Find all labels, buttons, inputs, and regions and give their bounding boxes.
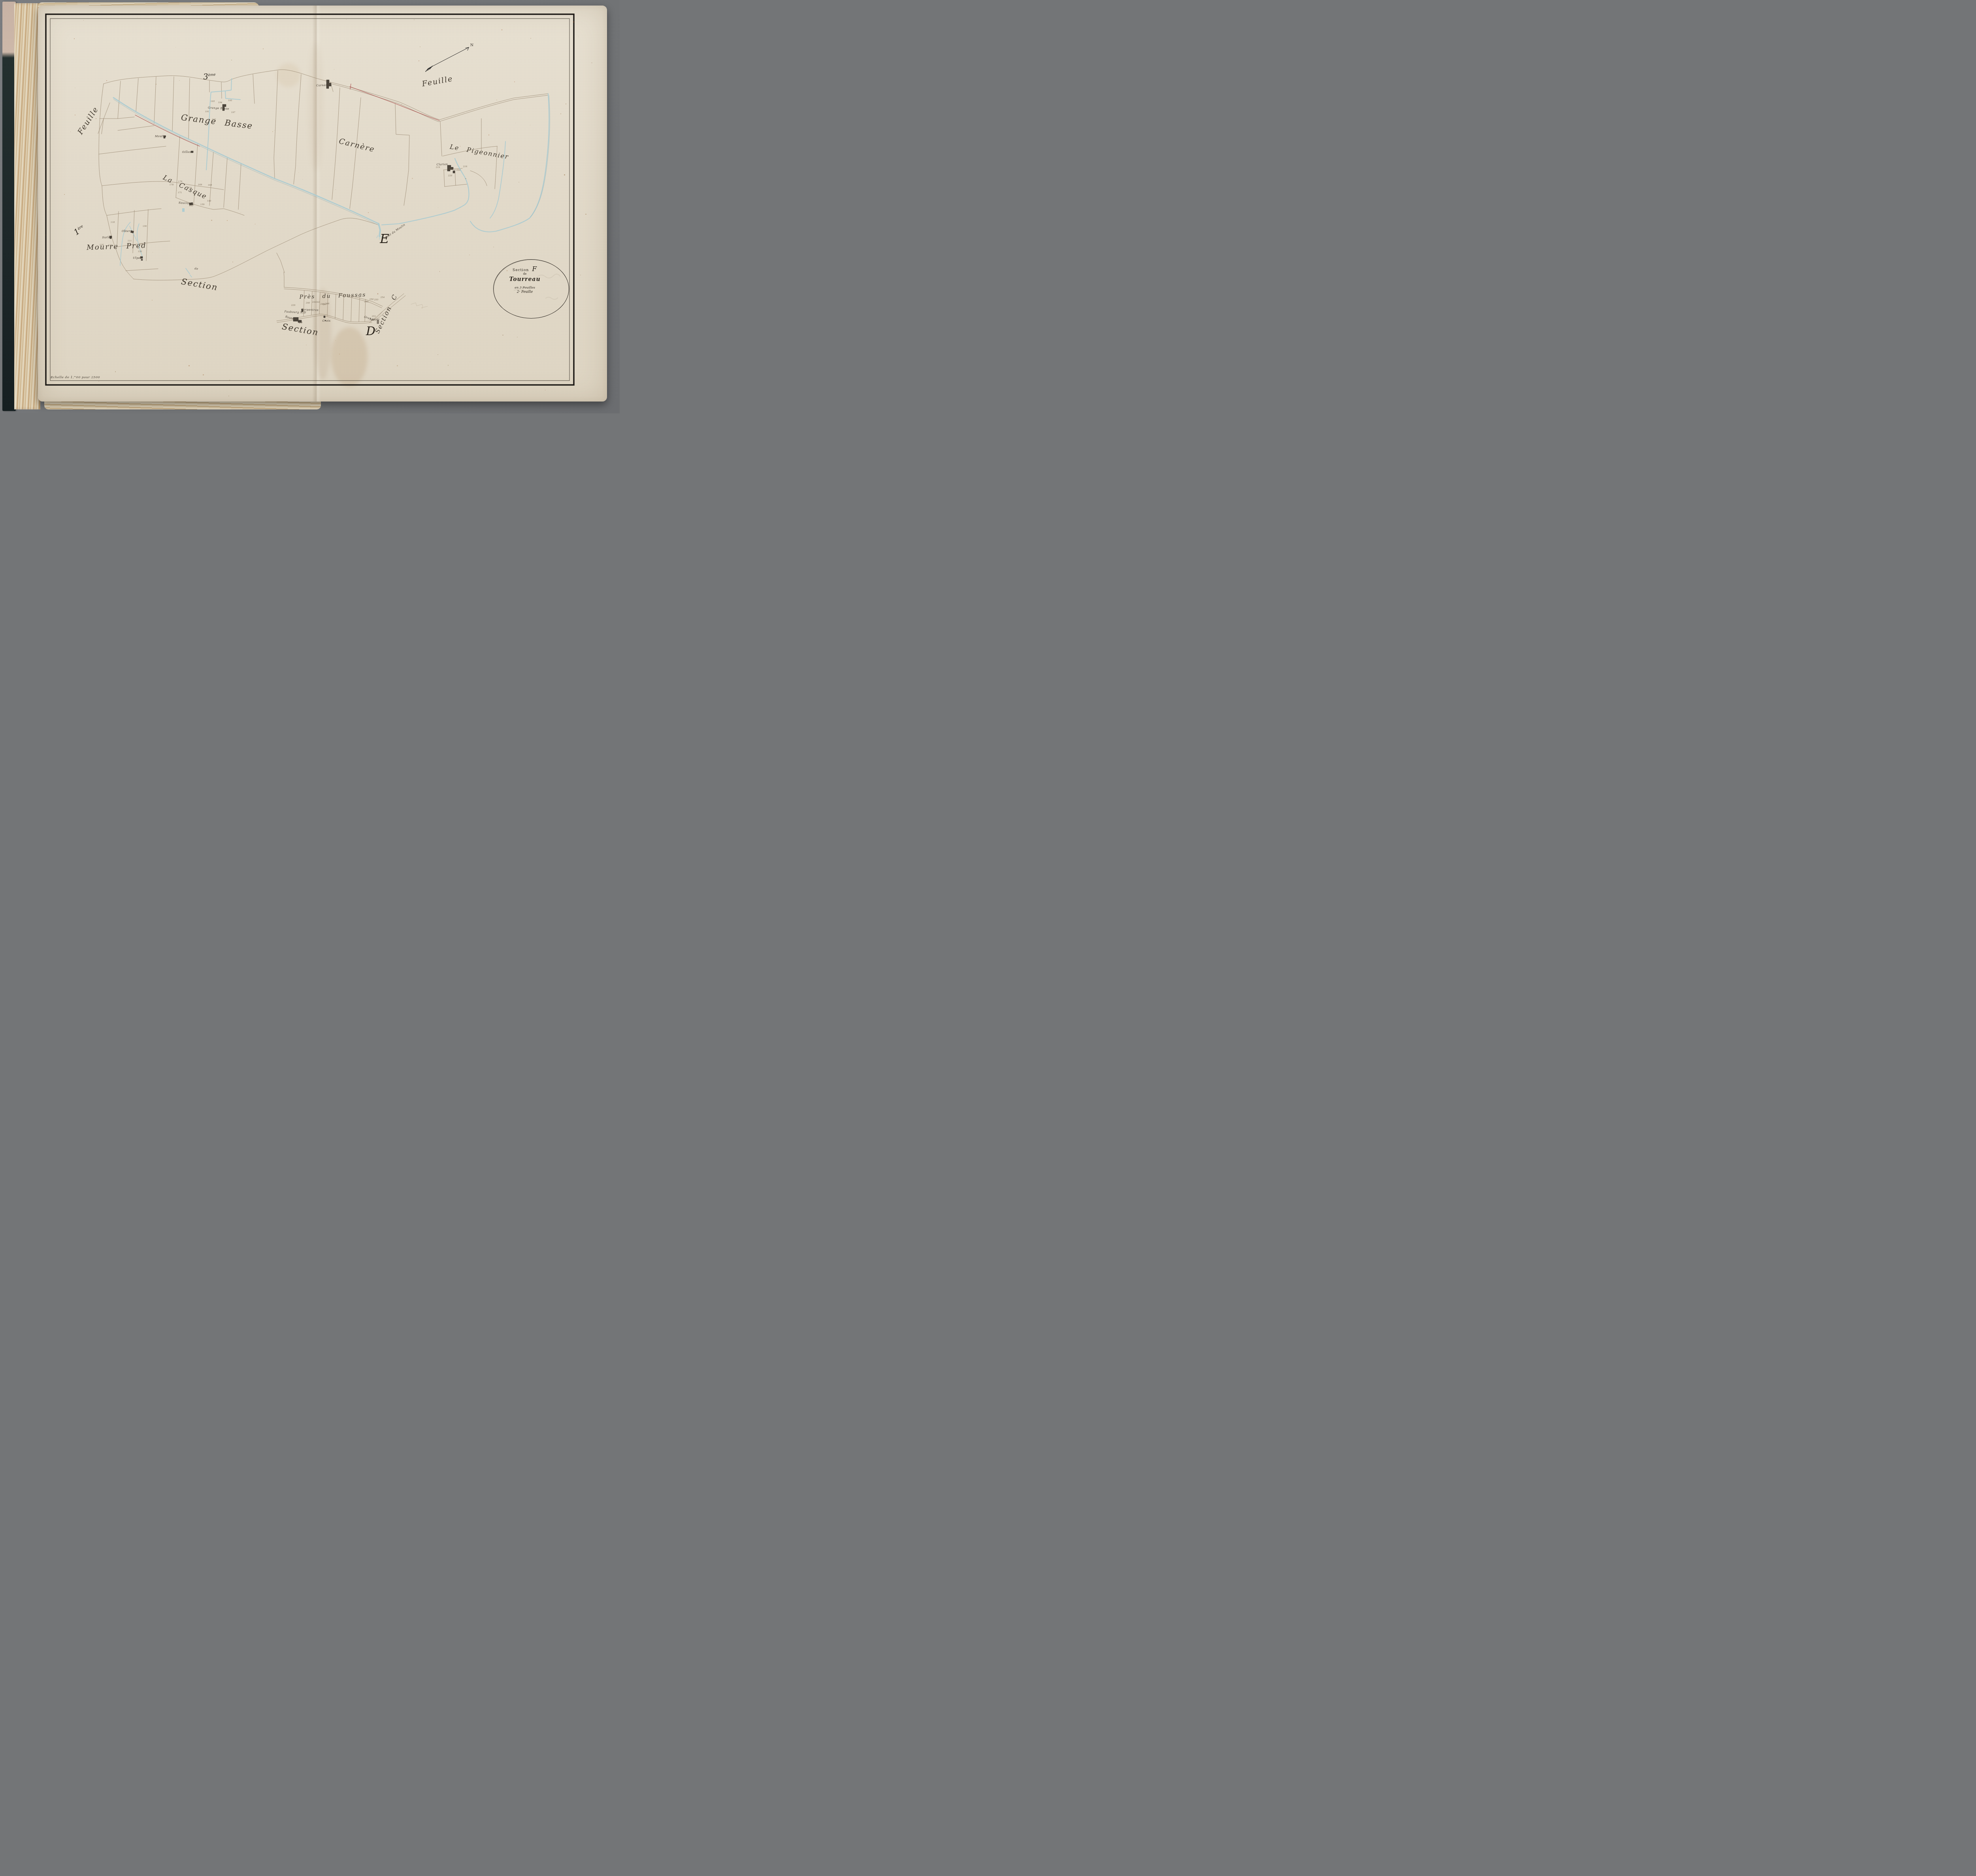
scale-note: Echelle de 1,ᵐ00 pour 2500 [51, 375, 100, 379]
map-frame [46, 14, 574, 385]
cartouche-section-row: SectionF [499, 265, 551, 273]
photo-background: SectionF de Tourreau en 3 Feuilles 2ᵉ Fe… [0, 0, 620, 413]
pond [182, 208, 185, 212]
canal-bank-lines [113, 95, 550, 225]
canal-lines [113, 79, 549, 277]
cartouche-preposition: de [499, 272, 551, 275]
cartouche-territory-name: Tourreau [499, 276, 551, 283]
north-label: N [470, 43, 473, 47]
cartouche: SectionF de Tourreau en 3 Feuilles 2ᵉ Fe… [493, 259, 569, 319]
map-artwork [0, 0, 620, 413]
buildings [109, 80, 455, 324]
cartouche-sheet-count: en 3 Feuilles [499, 286, 551, 289]
cartouche-sheet-number: 2ᵉ Feuille [499, 290, 551, 294]
parcel-lines [98, 70, 548, 323]
north-arrow [426, 47, 469, 72]
cartouche-section-letter: F [532, 265, 537, 273]
red-road-lines [135, 84, 439, 146]
cartouche-section-label: Section [513, 268, 529, 272]
